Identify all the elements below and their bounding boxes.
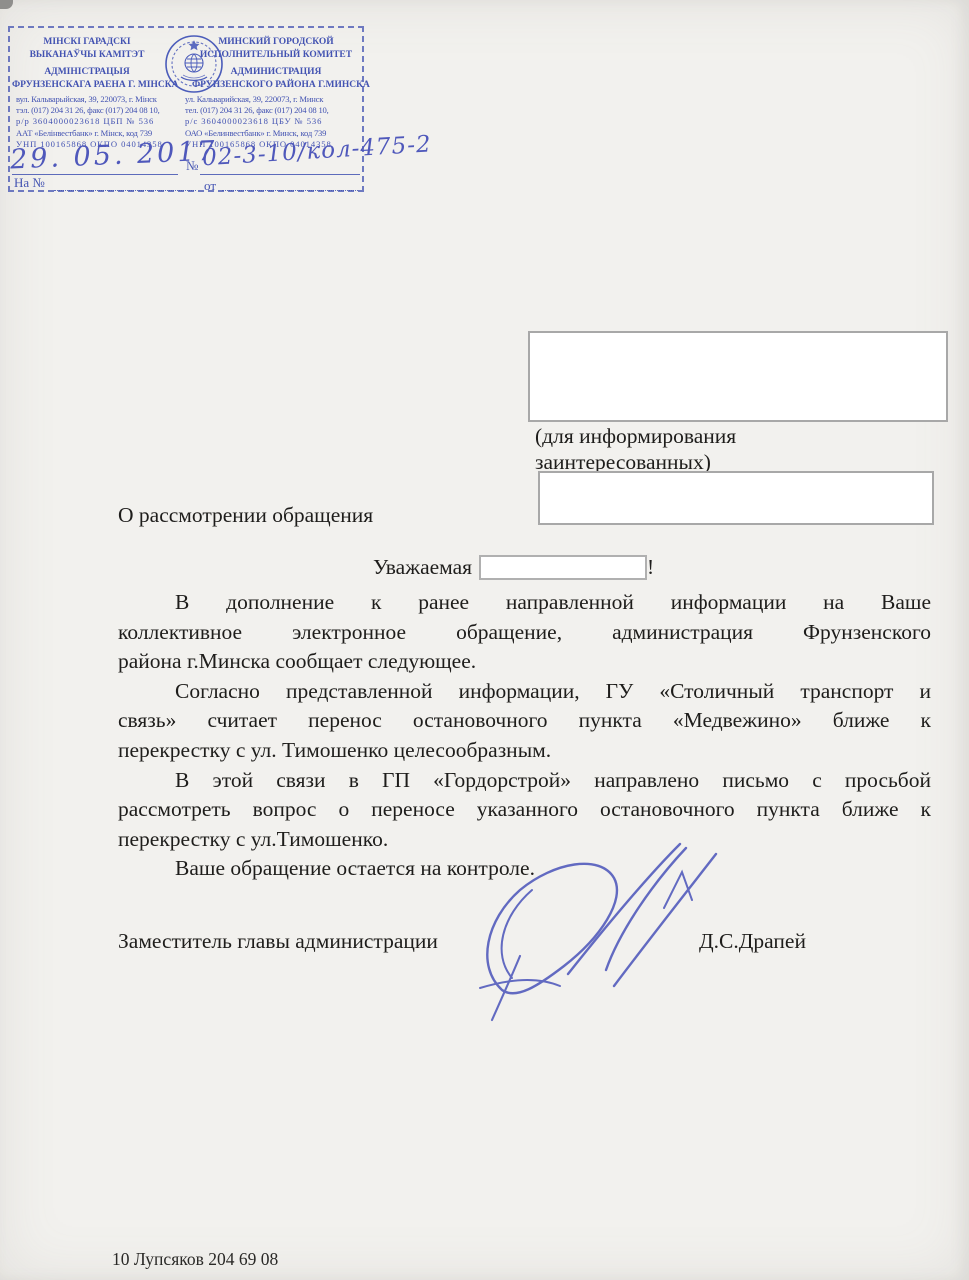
- body-line: коллективное электронное обращение, адми…: [118, 618, 931, 648]
- redaction-box-secondary: [538, 471, 934, 525]
- address-line: р/р 3604000023618 ЦБП № 536: [16, 116, 185, 127]
- scanned-letter-page: МІНСКІ ГАРАДСКІ ВЫКАНАЎЧЫ КАМІТЭТ АДМІНІ…: [0, 0, 969, 1280]
- signature-name: Д.С.Драпей: [699, 929, 806, 954]
- body-line: рассмотреть вопрос о переносе указанного…: [118, 795, 931, 825]
- recipient-note: (для информирования заинтересованных): [535, 423, 736, 475]
- subject-line: О рассмотрении обращения: [118, 503, 373, 528]
- doc-number-label: №: [186, 158, 198, 174]
- address-line: р/с 3604000023618 ЦБУ № 536: [185, 116, 360, 127]
- reply-ref-label: На №: [14, 175, 45, 191]
- scan-corner-artifact: [0, 0, 13, 9]
- org-line: ФРУНЗЕНСКАГА РАЕНА Г. МІНСКА: [12, 79, 162, 92]
- body-line: В дополнение к ранее направленной информ…: [118, 588, 931, 618]
- signature-role: Заместитель главы администрации: [118, 929, 438, 954]
- redaction-box-name: [479, 555, 647, 580]
- body-line: перекрестку с ул. Тимошенко целесообразн…: [118, 736, 931, 766]
- org-line: АДМІНІСТРАЦЫЯ: [12, 66, 162, 79]
- org-line: МІНСКІ ГАРАДСКІ: [12, 36, 162, 49]
- number-underline: [200, 174, 360, 175]
- body-line: В этой связи в ГП «Гордорстрой» направле…: [118, 766, 931, 796]
- recipient-note-line: (для информирования: [535, 423, 736, 449]
- org-line: ВЫКАНАЎЧЫ КАМІТЭТ: [12, 49, 162, 62]
- address-line: ул. Кальварийская, 39, 220073, г. Минск: [185, 94, 360, 105]
- address-line: тэл. (017) 204 31 26, факс (017) 204 08 …: [16, 105, 185, 116]
- coat-of-arms-icon: [164, 33, 224, 95]
- salutation: Уважаемая !: [373, 551, 654, 583]
- address-line: тел. (017) 204 31 26, факс (017) 204 08 …: [185, 105, 360, 116]
- salutation-prefix: Уважаемая: [373, 555, 472, 580]
- redaction-box-recipient: [528, 331, 948, 422]
- reply-ref-underline: [54, 190, 196, 191]
- reply-from-underline: [222, 190, 358, 191]
- reply-from-label: от: [204, 178, 216, 194]
- footer-contact: 10 Лупсяков 204 69 08: [112, 1249, 278, 1270]
- body-line: связь» считает перенос остановочного пун…: [118, 706, 931, 736]
- address-line: вул. Кальварыйская, 39, 220073, г. Мінск: [16, 94, 185, 105]
- org-name-belarusian: МІНСКІ ГАРАДСКІ ВЫКАНАЎЧЫ КАМІТЭТ АДМІНІ…: [12, 36, 162, 92]
- star-glyph: [189, 40, 200, 50]
- body-line: Согласно представленной информации, ГУ «…: [118, 677, 931, 707]
- salutation-suffix: !: [647, 555, 654, 580]
- body-line: района г.Минска сообщает следующее.: [118, 647, 931, 677]
